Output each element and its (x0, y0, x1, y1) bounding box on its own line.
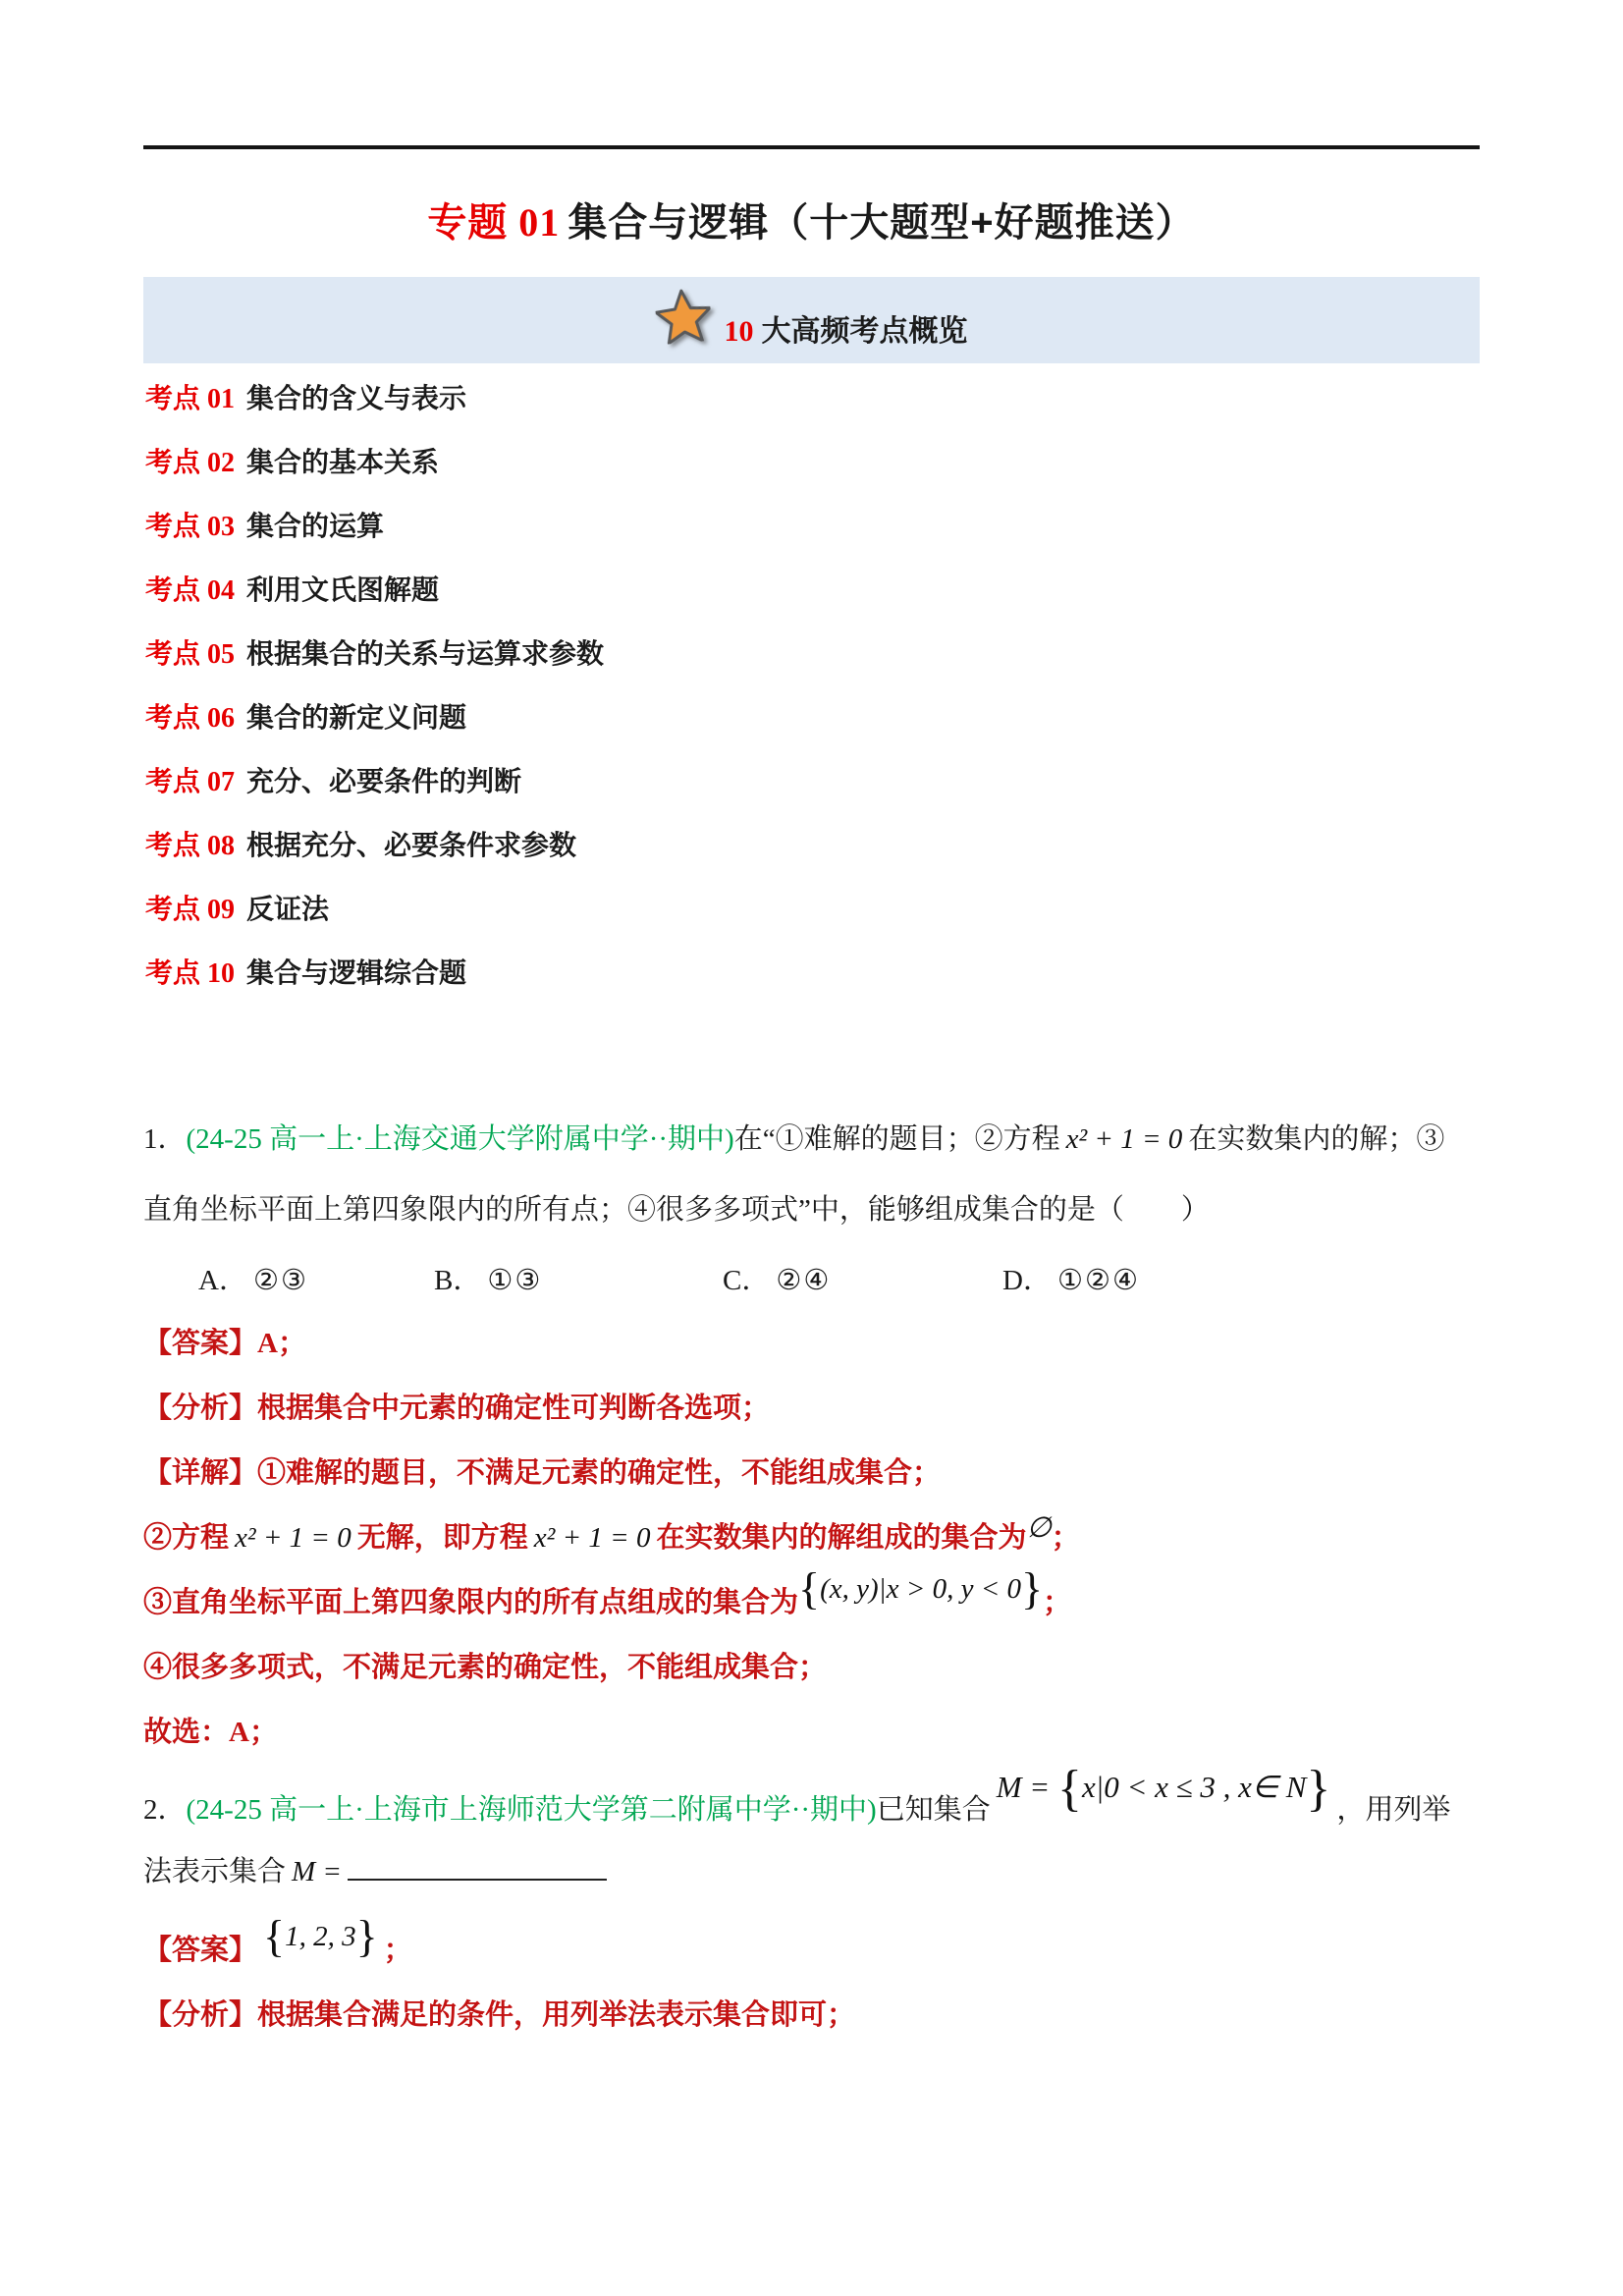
document-page: 专题 01集合与逻辑（十大题型+好题推送） 10大高频考点概览 考点 01集合的… (0, 145, 1623, 2032)
q1-analysis-text: 根据集合中元素的确定性可判断各选项； (257, 1393, 770, 1424)
q1-detail-3-text-b: ； (1043, 1587, 1071, 1618)
right-brace: } (1021, 1563, 1043, 1613)
q1-detail-line-2: ②方程x² + 1 = 0无解，即方程x² + 1 = 0在实数集内的解组成的集… (143, 1521, 1480, 1555)
topic-label: 集合的含义与表示 (246, 383, 466, 413)
q2-answer-suffix: ； (384, 1935, 412, 1966)
topic-item: 考点 04利用文氏图解题 (145, 576, 1623, 604)
q1-detail-2-text-a: ②方程 (143, 1522, 229, 1554)
banner-count: 10 (725, 315, 754, 348)
topic-num: 考点 09 (145, 895, 235, 925)
topic-list: 考点 01集合的含义与表示 考点 02集合的基本关系 考点 03集合的运算 考点… (145, 385, 1623, 987)
topic-item: 考点 06集合的新定义问题 (145, 704, 1623, 732)
q2-number: 2． (143, 1794, 187, 1826)
topic-label: 根据集合的关系与运算求参数 (246, 638, 604, 669)
topic-item: 考点 07充分、必要条件的判断 (145, 768, 1623, 795)
option-d: D．①②④ (1002, 1264, 1140, 1297)
left-brace: { (263, 1911, 285, 1961)
q2-stem-line-1: 2．(24-25 高一上·上海市上海师范大学第二附属中学··期中)已知集合M =… (143, 1792, 1480, 1828)
left-brace: { (798, 1563, 820, 1613)
q2-stem-text-2: ，用列举 (1336, 1794, 1450, 1826)
topic-num: 考点 02 (145, 448, 235, 478)
q1-detail-2-text-b: 无解，即方程 (357, 1522, 528, 1554)
option-a-label: A． (198, 1265, 247, 1296)
q2-set-variable-math: M = (286, 1856, 348, 1887)
q1-stem-text-1: 在“①难解的题目；②方程 (734, 1123, 1060, 1155)
option-b-value: ①③ (487, 1265, 542, 1296)
q2-stem-text-1: 已知集合 (877, 1794, 991, 1826)
q2-analysis-text: 根据集合满足的条件，用列举法表示集合即可； (257, 1999, 855, 2031)
q1-detail-2-math-1: x² + 1 = 0 (229, 1522, 357, 1554)
q1-solution: 【答案】A； 【分析】根据集合中元素的确定性可判断各选项； 【详解】①难解的题目… (143, 1327, 1480, 1749)
topic-label: 集合的基本关系 (246, 447, 439, 477)
banner-title: 10大高频考点概览 (725, 306, 968, 350)
q1-detail-3-set-math: {(x, y)|x > 0, y < 0} (798, 1572, 1043, 1606)
topic-label: 根据充分、必要条件求参数 (246, 830, 576, 860)
topic-num: 考点 07 (145, 767, 235, 797)
overview-banner: 10大高频考点概览 (143, 277, 1480, 363)
q1-number: 1． (143, 1123, 187, 1155)
question-1: 1．(24-25 高一上·上海交通大学附属中学··期中)在“①难解的题目；②方程… (143, 1122, 1480, 1749)
q1-stem-text-2: 在实数集内的解；③ (1188, 1123, 1444, 1155)
q2-answer-line: 【答案】{1, 2, 3}； (143, 1934, 1480, 1967)
detail-tag: 【详解】 (143, 1457, 257, 1489)
q1-detail-2-text-d: ； (1052, 1522, 1080, 1554)
topic-label: 集合与逻辑综合题 (246, 957, 466, 988)
q1-detail-2-text-c: 在实数集内的解组成的集合为 (656, 1522, 1026, 1554)
topic-item: 考点 01集合的含义与表示 (145, 385, 1623, 412)
title-topic-number: 专题 01 (427, 200, 560, 245)
option-b: B．①③ (434, 1264, 723, 1297)
title-text: 集合与逻辑（十大题型+好题推送） (568, 201, 1195, 245)
topic-item: 考点 03集合的运算 (145, 513, 1623, 540)
topic-label: 反证法 (246, 894, 329, 924)
q1-answer-value: A； (257, 1328, 306, 1359)
topic-item: 考点 02集合的基本关系 (145, 449, 1623, 476)
topic-num: 考点 10 (145, 958, 235, 989)
page-title: 专题 01集合与逻辑（十大题型+好题推送） (143, 198, 1480, 247)
q1-options-row: A．②③ B．①③ C．②④ D．①②④ (198, 1264, 1480, 1297)
q2-stem-line-2: 法表示集合M = (143, 1853, 1480, 1888)
analysis-tag: 【分析】 (143, 1999, 257, 2031)
q1-answer-line: 【答案】A； (143, 1327, 1480, 1360)
conclusion-answer: A； (229, 1717, 278, 1748)
topic-num: 考点 01 (145, 384, 235, 414)
topic-num: 考点 06 (145, 703, 235, 734)
topic-item: 考点 09反证法 (145, 896, 1623, 923)
q1-source: (24-25 高一上·上海交通大学附属中学··期中) (187, 1123, 734, 1155)
set-body: (x, y)|x > 0, y < 0 (820, 1573, 1021, 1605)
option-d-value: ①②④ (1057, 1265, 1140, 1296)
topic-num: 考点 04 (145, 575, 235, 606)
q1-stem-line-1: 1．(24-25 高一上·上海交通大学附属中学··期中)在“①难解的题目；②方程… (143, 1122, 1480, 1156)
option-a-value: ②③ (253, 1265, 308, 1296)
q2-source: (24-25 高一上·上海市上海师范大学第二附属中学··期中) (187, 1794, 877, 1826)
topic-item: 考点 10集合与逻辑综合题 (145, 959, 1623, 987)
topic-num: 考点 05 (145, 639, 235, 670)
left-brace: { (1057, 1761, 1082, 1817)
q1-detail-line-3: ③直角坐标平面上第四象限内的所有点组成的集合为{(x, y)|x > 0, y … (143, 1586, 1480, 1619)
analysis-tag: 【分析】 (143, 1393, 257, 1424)
q1-inline-math-equation: x² + 1 = 0 (1060, 1123, 1189, 1155)
q1-detail-3-text-a: ③直角坐标平面上第四象限内的所有点组成的集合为 (143, 1587, 798, 1618)
topic-label: 充分、必要条件的判断 (246, 766, 521, 796)
topic-label: 利用文氏图解题 (246, 574, 439, 605)
empty-set-symbol: ∅ (1026, 1511, 1051, 1545)
option-c-value: ②④ (776, 1265, 831, 1296)
q1-detail-line-4: ④很多多项式，不满足元素的确定性，不能组成集合； (143, 1651, 1480, 1684)
q2-stem-text-3: 法表示集合 (143, 1856, 286, 1887)
q1-conclusion-line: 故选：A； (143, 1716, 1480, 1749)
q2-answer-set-math: {1, 2, 3} (257, 1920, 384, 1953)
set-body: x|0 < x ≤ 3 , x∈ N (1082, 1770, 1306, 1804)
topic-item: 考点 08根据充分、必要条件求参数 (145, 832, 1623, 859)
option-d-label: D． (1002, 1265, 1052, 1296)
topic-label: 集合的运算 (246, 511, 384, 541)
conclusion-label: 故选： (143, 1717, 229, 1748)
q1-detail-2-math-2: x² + 1 = 0 (528, 1522, 657, 1554)
topic-num: 考点 03 (145, 512, 235, 542)
q2-set-definition-math: M = {x|0 < x ≤ 3 , x∈ N} (991, 1771, 1337, 1806)
answer-blank-underline (348, 1853, 607, 1881)
option-a: A．②③ (198, 1264, 434, 1297)
q1-analysis-line: 【分析】根据集合中元素的确定性可判断各选项； (143, 1392, 1480, 1425)
topic-num: 考点 08 (145, 831, 235, 861)
option-c: C．②④ (723, 1264, 1002, 1297)
answer-tag: 【答案】 (143, 1935, 257, 1966)
question-2: 2．(24-25 高一上·上海市上海师范大学第二附属中学··期中)已知集合M =… (143, 1792, 1480, 2032)
q2-analysis-line: 【分析】根据集合满足的条件，用列举法表示集合即可； (143, 1998, 1480, 2032)
q1-detail-line-1: 【详解】①难解的题目，不满足元素的确定性，不能组成集合； (143, 1456, 1480, 1490)
right-brace: } (356, 1911, 378, 1961)
banner-label: 大高频考点概览 (762, 315, 968, 348)
answer-tag: 【答案】 (143, 1328, 257, 1359)
set-variable: M = (997, 1770, 1051, 1804)
option-c-label: C． (723, 1265, 770, 1296)
option-b-label: B． (434, 1265, 481, 1296)
right-brace: } (1306, 1761, 1330, 1817)
q1-detail-text-1: ①难解的题目，不满足元素的确定性，不能组成集合； (257, 1457, 941, 1489)
topic-label: 集合的新定义问题 (246, 702, 466, 733)
set-body: 1, 2, 3 (285, 1921, 356, 1952)
topic-item: 考点 05根据集合的关系与运算求参数 (145, 640, 1623, 668)
q1-stem-line-2: 直角坐标平面上第四象限内的所有点；④很多多项式”中，能够组成集合的是（ ） (143, 1193, 1480, 1227)
star-icon (656, 288, 711, 343)
top-divider (143, 145, 1480, 149)
